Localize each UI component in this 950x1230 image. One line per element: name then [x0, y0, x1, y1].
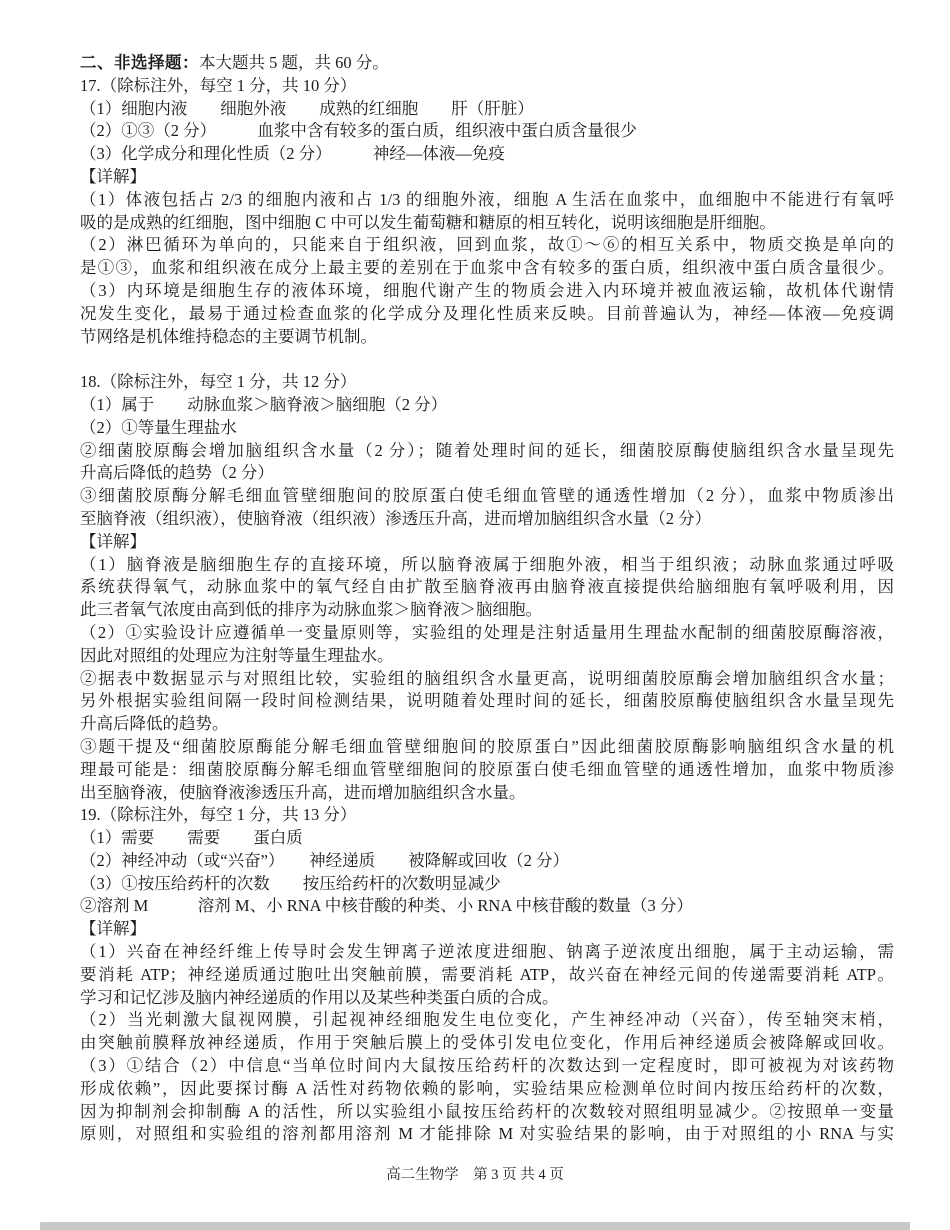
doc-line: （2）淋巴循环为单向的，只能来自于组织液，回到血浆，故①～⑥的相互关系中，物质交… [80, 234, 894, 257]
doc-line: 系统获得氧气，动脉血浆中的氧气经自由扩散至脑脊液再由脑脊液直接提供给脑细胞有氧呼… [80, 576, 894, 599]
doc-line: 另外根据实验组间隔一段时间检测结果，说明随着处理时间的延长，细菌胶原酶使脑组织含… [80, 690, 894, 713]
doc-line: 因为抑制剂会抑制酶 A 的活性，所以实验组小鼠按压给药杆的次数较对照组明显减少。… [80, 1101, 894, 1124]
doc-line: 此三者氧气浓度由高到低的排序为动脉血浆＞脑脊液＞脑细胞。 [80, 599, 894, 622]
doc-line: 况发生变化，最易于通过检查血浆的化学成分及理化性质来反映。目前普遍认为，神经—体… [80, 303, 894, 326]
doc-line: 至脑脊液（组织液），使脑脊液（组织液）渗透压升高，进而增加脑组织含水量（2 分） [80, 508, 894, 531]
doc-line: ②据表中数据显示与对照组比较，实验组的脑组织含水量更高，说明细菌胶原酶会增加脑组… [80, 668, 894, 691]
doc-line: （2）①实验设计应遵循单一变量原则等，实验组的处理是注射适量用生理盐水配制的细菌… [80, 622, 894, 645]
doc-line: 18.（除标注外，每空 1 分，共 12 分） [80, 371, 894, 394]
doc-line: （2）神经冲动（或“兴奋”） 神经递质 被降解或回收（2 分） [80, 850, 894, 873]
doc-line: （3）①按压给药杆的次数 按压给药杆的次数明显减少 [80, 873, 894, 896]
doc-line: 要消耗 ATP；神经递质通过胞吐出突触前膜，需要消耗 ATP，故兴奋在神经元间的… [80, 964, 894, 987]
doc-line: 学习和记忆涉及脑内神经递质的作用以及某些种类蛋白质的合成。 [80, 987, 894, 1010]
doc-line: 吸的是成熟的红细胞，图中细胞 C 中可以发生葡萄糖和糖原的相互转化，说明该细胞是… [80, 212, 894, 235]
doc-line: （2）①③（2 分） 血浆中含有较多的蛋白质，组织液中蛋白质含量很少 [80, 120, 894, 143]
document-lines: 17.（除标注外，每空 1 分，共 10 分）（1）细胞内液 细胞外液 成熟的红… [80, 75, 894, 1146]
doc-line: ③细菌胶原酶分解毛细血管壁细胞间的胶原蛋白使毛细血管壁的通透性增加（2 分），血… [80, 485, 894, 508]
doc-line: 【详解】 [80, 918, 894, 941]
doc-line: （1）需要 需要 蛋白质 [80, 827, 894, 850]
doc-line: 【详解】 [80, 166, 894, 189]
doc-line: （1）兴奋在神经纤维上传导时会发生钾离子逆浓度进细胞、钠离子逆浓度出细胞，属于主… [80, 941, 894, 964]
doc-line: （1）体液包括占 2/3 的细胞内液和占 1/3 的细胞外液，细胞 A 生活在血… [80, 189, 894, 212]
doc-line: 升高后降低的趋势（2 分） [80, 462, 894, 485]
section-header-rest: 本大题共 5 题，共 60 分。 [199, 53, 389, 72]
doc-line: ③题干提及“细菌胶原酶能分解毛细血管壁细胞间的胶原蛋白”因此细菌胶原酶影响脑组织… [80, 736, 894, 759]
doc-line: ②细菌胶原酶会增加脑组织含水量（2 分）；随着处理时间的延长，细菌胶原酶使脑组织… [80, 440, 894, 463]
doc-line: 理最可能是：细菌胶原酶分解毛细血管壁细胞间的胶原蛋白使毛细血管壁的通透性增加，血… [80, 759, 894, 782]
doc-line: （2）①等量生理盐水 [80, 417, 894, 440]
page-footer-text: 高二生物学 第 3 页 共 4 页 [386, 1167, 564, 1183]
section-header-bold: 二、非选择题： [80, 54, 199, 72]
doc-line: （2）当光刺激大鼠视网膜，引起视神经细胞发生电位变化，产生神经冲动（兴奋），传至… [80, 1009, 894, 1032]
doc-line: 节网络是机体维持稳态的主要调节机制。 [80, 326, 894, 349]
doc-line: 【详解】 [80, 531, 894, 554]
doc-line: （1）细胞内液 细胞外液 成熟的红细胞 肝（肝脏） [80, 98, 894, 121]
blank-line [80, 348, 894, 371]
doc-line: 升高后降低的趋势。 [80, 713, 894, 736]
doc-line: 19.（除标注外，每空 1 分，共 13 分） [80, 804, 894, 827]
doc-line: （1）脑脊液是脑细胞生存的直接环境，所以脑脊液属于细胞外液，相当于组织液；动脉血… [80, 554, 894, 577]
doc-line: （3）化学成分和理化性质（2 分） 神经—体液—免疫 [80, 143, 894, 166]
page-footer: 高二生物学 第 3 页 共 4 页 [0, 1163, 950, 1184]
doc-line: 是①③，血浆和组织液在成分上最主要的差别在于血浆中含有较多的蛋白质，组织液中蛋白… [80, 257, 894, 280]
doc-line: （3）内环境是细胞生存的液体环境，细胞代谢产生的物质会进入内环境并被血液运输，故… [80, 280, 894, 303]
section-header: 二、非选择题：本大题共 5 题，共 60 分。 [80, 52, 894, 75]
doc-line: 出至脑脊液，使脑脊液渗透压升高，进而增加脑组织含水量。 [80, 782, 894, 805]
doc-line: 17.（除标注外，每空 1 分，共 10 分） [80, 75, 894, 98]
document-body: 二、非选择题：本大题共 5 题，共 60 分。 17.（除标注外，每空 1 分，… [80, 52, 894, 1146]
doc-line: 形成依赖”，因此要探讨酶 A 活性对药物依赖的影响，实验结果应检测单位时间内按压… [80, 1078, 894, 1101]
doc-line: 因此对照组的处理应为注射等量生理盐水。 [80, 645, 894, 668]
doc-line: ②溶剂 M 溶剂 M、小 RNA 中核苷酸的种类、小 RNA 中核苷酸的数量（3… [80, 895, 894, 918]
doc-line: 原则，对照组和实验组的溶剂都用溶剂 M 才能排除 M 对实验结果的影响，由于对照… [80, 1123, 894, 1146]
doc-line: （1）属于 动脉血浆＞脑脊液＞脑细胞（2 分） [80, 394, 894, 417]
doc-line: （3）①结合（2）中信息“当单位时间内大鼠按压给药杆的次数达到一定程度时，即可被… [80, 1055, 894, 1078]
doc-line: 由突触前膜释放神经递质，作用于突触后膜上的受体引发电位变化，作用后神经递质会被降… [80, 1032, 894, 1055]
horizontal-scrollbar[interactable] [40, 1222, 910, 1230]
